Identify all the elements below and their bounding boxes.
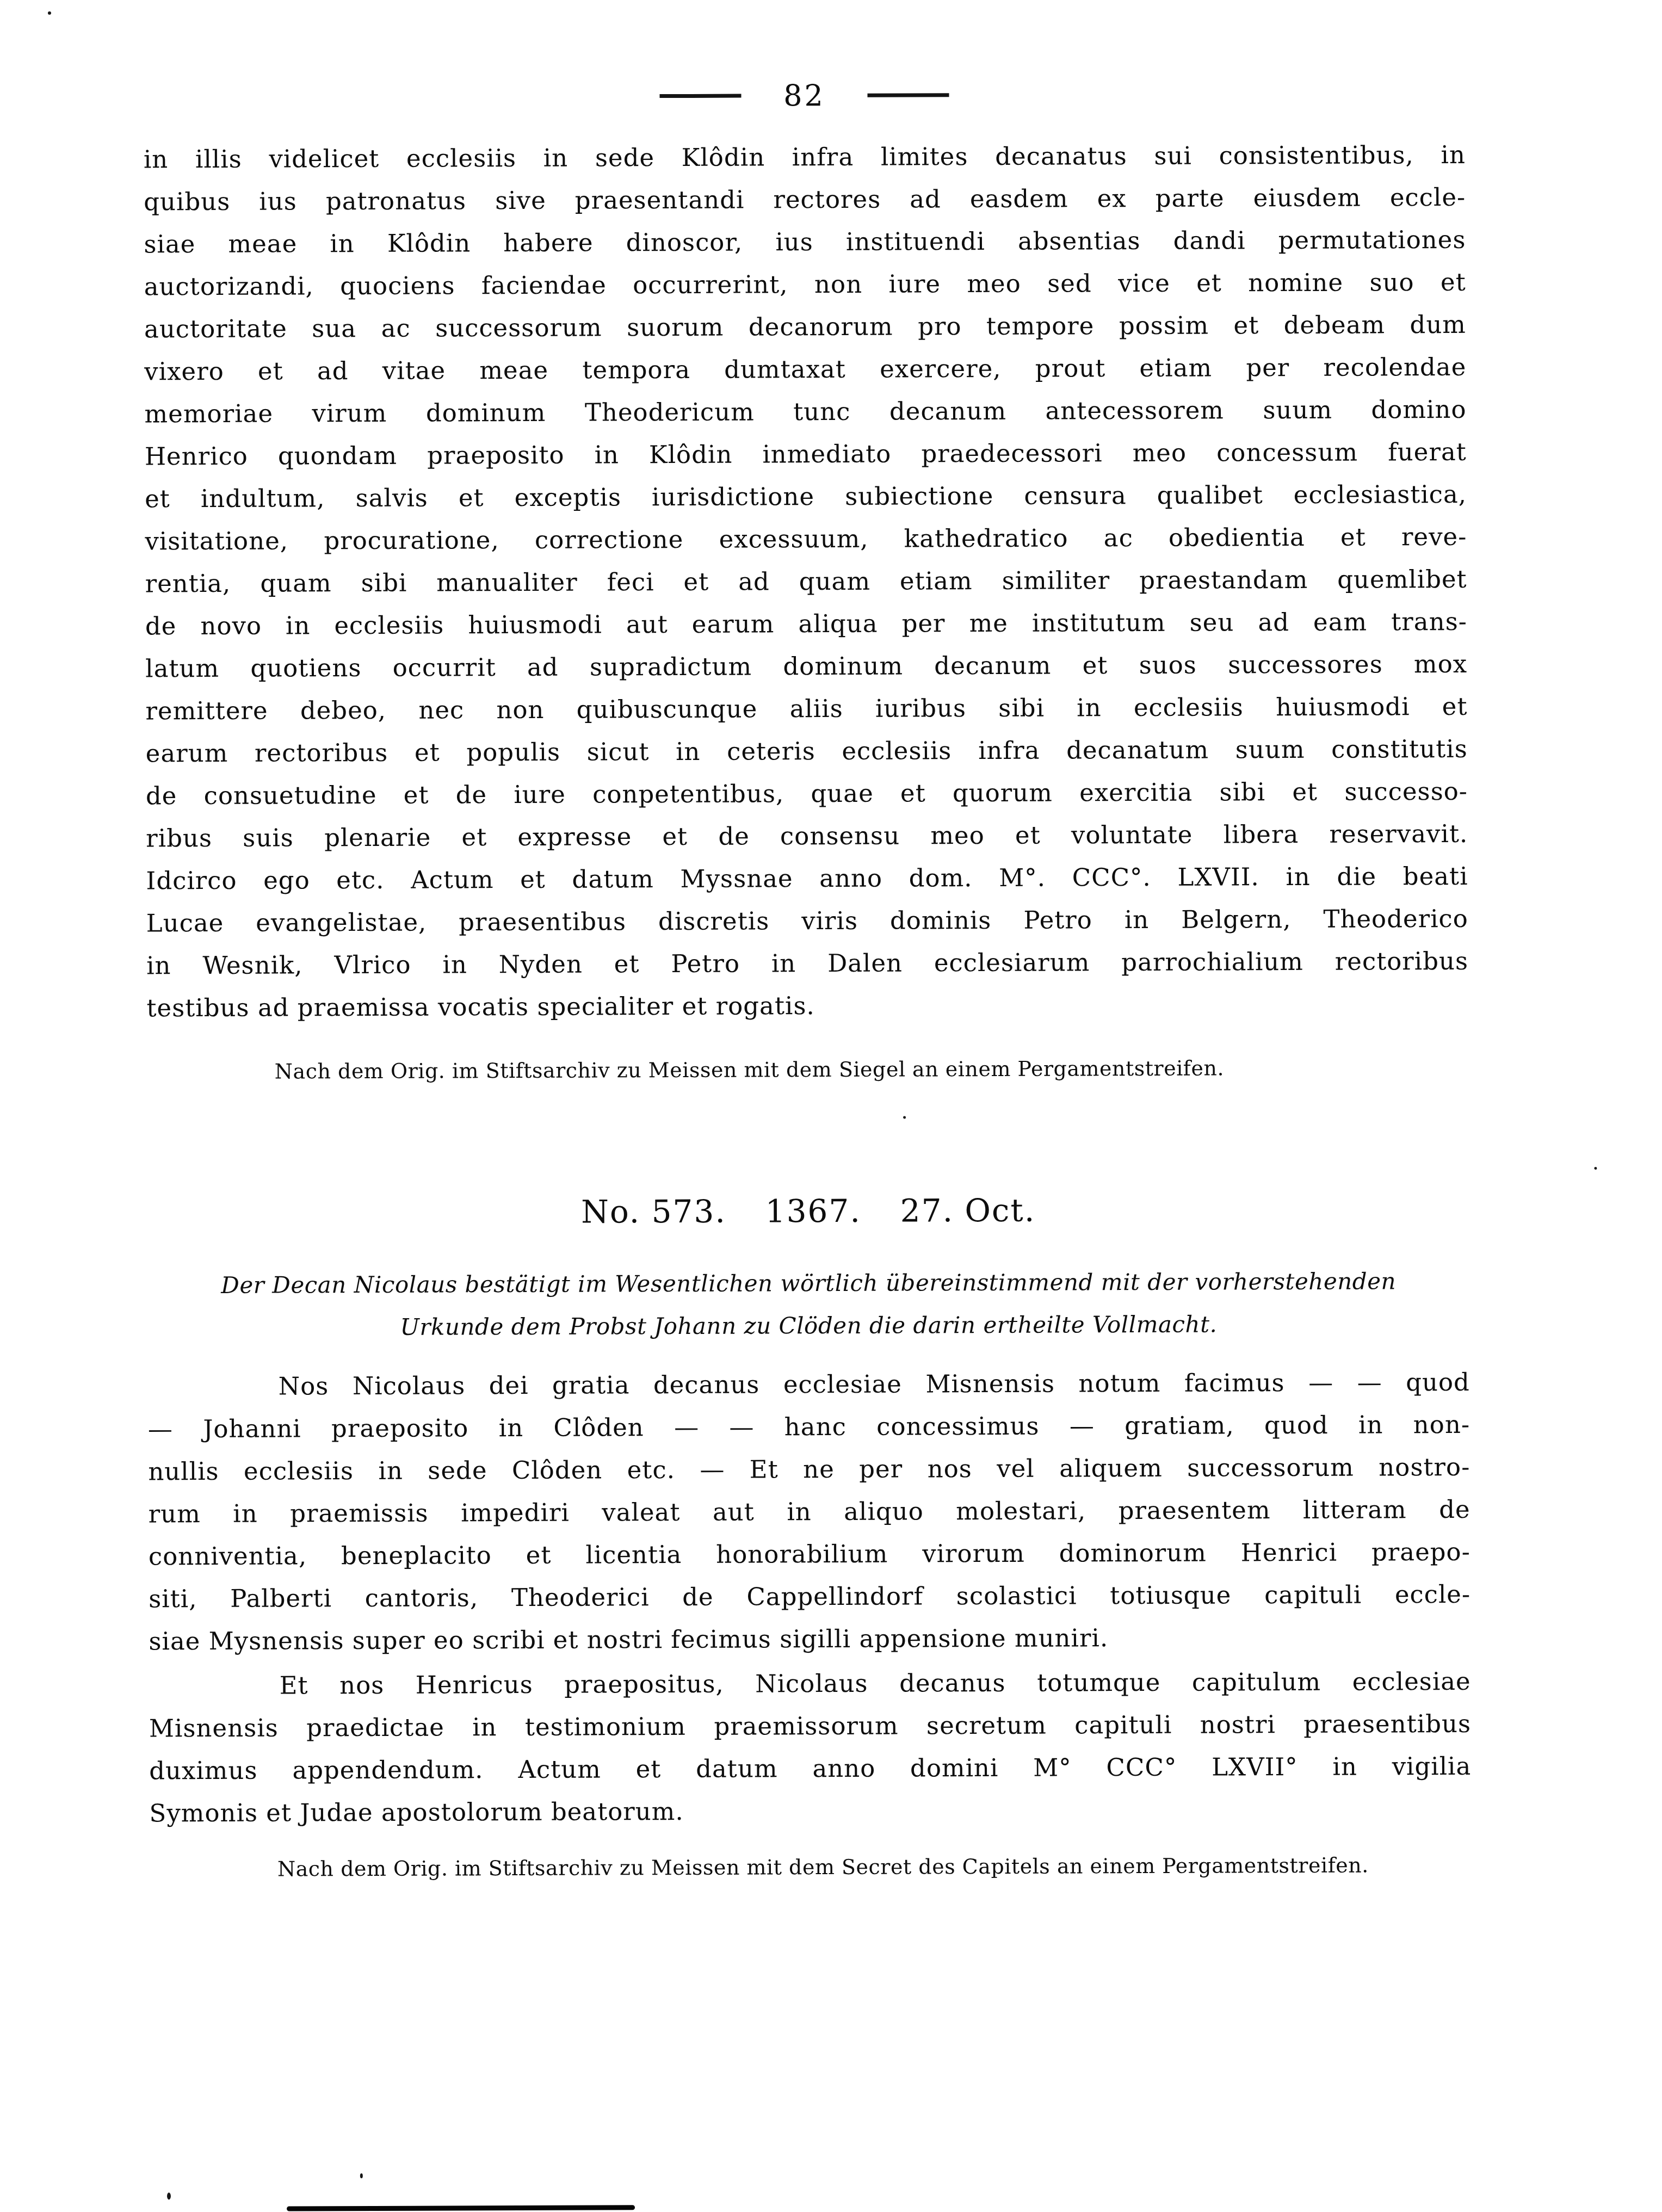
text-line: nullis ecclesiis in sede Clôden etc. — E… xyxy=(148,1446,1470,1493)
source-note: Nach dem Orig. im Stiftsarchiv zu Meisse… xyxy=(147,1053,1597,1086)
text-line: siae Mysnensis super eo scribi et nostri… xyxy=(149,1616,1471,1663)
text-line: auctoritate sua ac successorum suorum de… xyxy=(144,304,1466,350)
entry-summary: Der Decan Nicolaus bestätigt im Wesentli… xyxy=(147,1260,1470,1349)
text-line: memoriae virum dominum Theodericum tunc … xyxy=(144,388,1466,435)
scan-speck xyxy=(167,2192,171,2199)
text-line: duximus appendendum. Actum et datum anno… xyxy=(149,1745,1471,1792)
source-note: Nach dem Orig. im Stiftsarchiv zu Meisse… xyxy=(150,1850,1599,1883)
text-line: rum in praemissis impediri valeat aut in… xyxy=(148,1488,1470,1535)
text-line: Idcirco ego etc. Actum et datum Myssnae … xyxy=(146,855,1468,902)
text-line: conniventia, beneplacito et licentia hon… xyxy=(149,1531,1471,1578)
text-line: Misnensis praedictae in testimonium prae… xyxy=(149,1703,1471,1750)
text-line: de consuetudine et de iure conpetentibus… xyxy=(146,770,1468,817)
text-line: Nos Nicolaus dei gratia decanus ecclesia… xyxy=(148,1361,1470,1408)
scan-speck xyxy=(1594,1167,1597,1170)
text-line: siae meae in Klôdin habere dinoscor, ius… xyxy=(144,219,1466,265)
entry-572-body: in illis videlicet ecclesiis in sede Klô… xyxy=(144,134,1469,1029)
summary-line: Urkunde dem Probst Johann zu Clöden die … xyxy=(147,1302,1469,1349)
scan-speck xyxy=(48,11,51,15)
text-line: de novo in ecclesiis huiusmodi aut earum… xyxy=(145,601,1467,647)
entry-heading: No. 573. 1367. 27. Oct. xyxy=(147,1190,1469,1235)
text-line: remittere debeo, nec non quibuscunque al… xyxy=(145,685,1467,732)
text-line: siti, Palberti cantoris, Theoderici de C… xyxy=(149,1573,1471,1620)
text-line: Symonis et Judae apostolorum beatorum. xyxy=(149,1788,1471,1834)
entry-573-body-2: Et nos Henricus praepositus, Nicolaus de… xyxy=(149,1660,1472,1834)
summary-line: Der Decan Nicolaus bestätigt im Wesentli… xyxy=(147,1260,1469,1307)
scan-speck xyxy=(903,1116,906,1119)
page-number: 82 xyxy=(783,78,825,113)
text-line: Lucae evangelistae, praesentibus discret… xyxy=(146,898,1468,944)
scan-smudge xyxy=(287,2205,635,2211)
entry-number: No. 573. xyxy=(581,1193,726,1231)
scanned-page: 82 in illis videlicet ecclesiis in sede … xyxy=(0,0,1662,2212)
text-line: vixero et ad vitae meae tempora dumtaxat… xyxy=(144,346,1466,393)
text-line: latum quotiens occurrit ad supradictum d… xyxy=(145,643,1467,690)
text-line: — Johanni praeposito in Clôden — — hanc … xyxy=(148,1404,1470,1450)
text-line: earum rectoribus et populis sicut in cet… xyxy=(146,728,1468,775)
header-rule-right xyxy=(868,93,949,97)
scan-speck xyxy=(360,2173,363,2178)
entry-date: 27. Oct. xyxy=(900,1192,1036,1229)
entry-573-body-1: Nos Nicolaus dei gratia decanus ecclesia… xyxy=(148,1361,1471,1663)
text-line: testibus ad praemissa vocatis specialite… xyxy=(146,983,1468,1029)
text-line: quibus ius patronatus sive praesentandi … xyxy=(144,176,1466,223)
text-line: ribus suis plenarie et expresse et de co… xyxy=(146,813,1468,860)
text-line: Henrico quondam praeposito in Klôdin inm… xyxy=(145,431,1467,478)
text-line: in illis videlicet ecclesiis in sede Klô… xyxy=(144,134,1466,181)
text-line: et indultum, salvis et exceptis iurisdic… xyxy=(145,473,1467,520)
page-header: 82 xyxy=(143,69,1465,122)
text-line: Et nos Henricus praepositus, Nicolaus de… xyxy=(149,1660,1471,1707)
entry-year: 1367. xyxy=(765,1192,861,1230)
header-rule-left xyxy=(659,94,741,98)
text-line: rentia, quam sibi manualiter feci et ad … xyxy=(145,558,1467,605)
text-line: in Wesnik, Vlrico in Nyden et Petro in D… xyxy=(146,940,1468,987)
text-line: auctorizandi, quociens faciendae occurre… xyxy=(144,261,1466,308)
text-line: visitatione, procuratione, correctione e… xyxy=(145,516,1467,563)
